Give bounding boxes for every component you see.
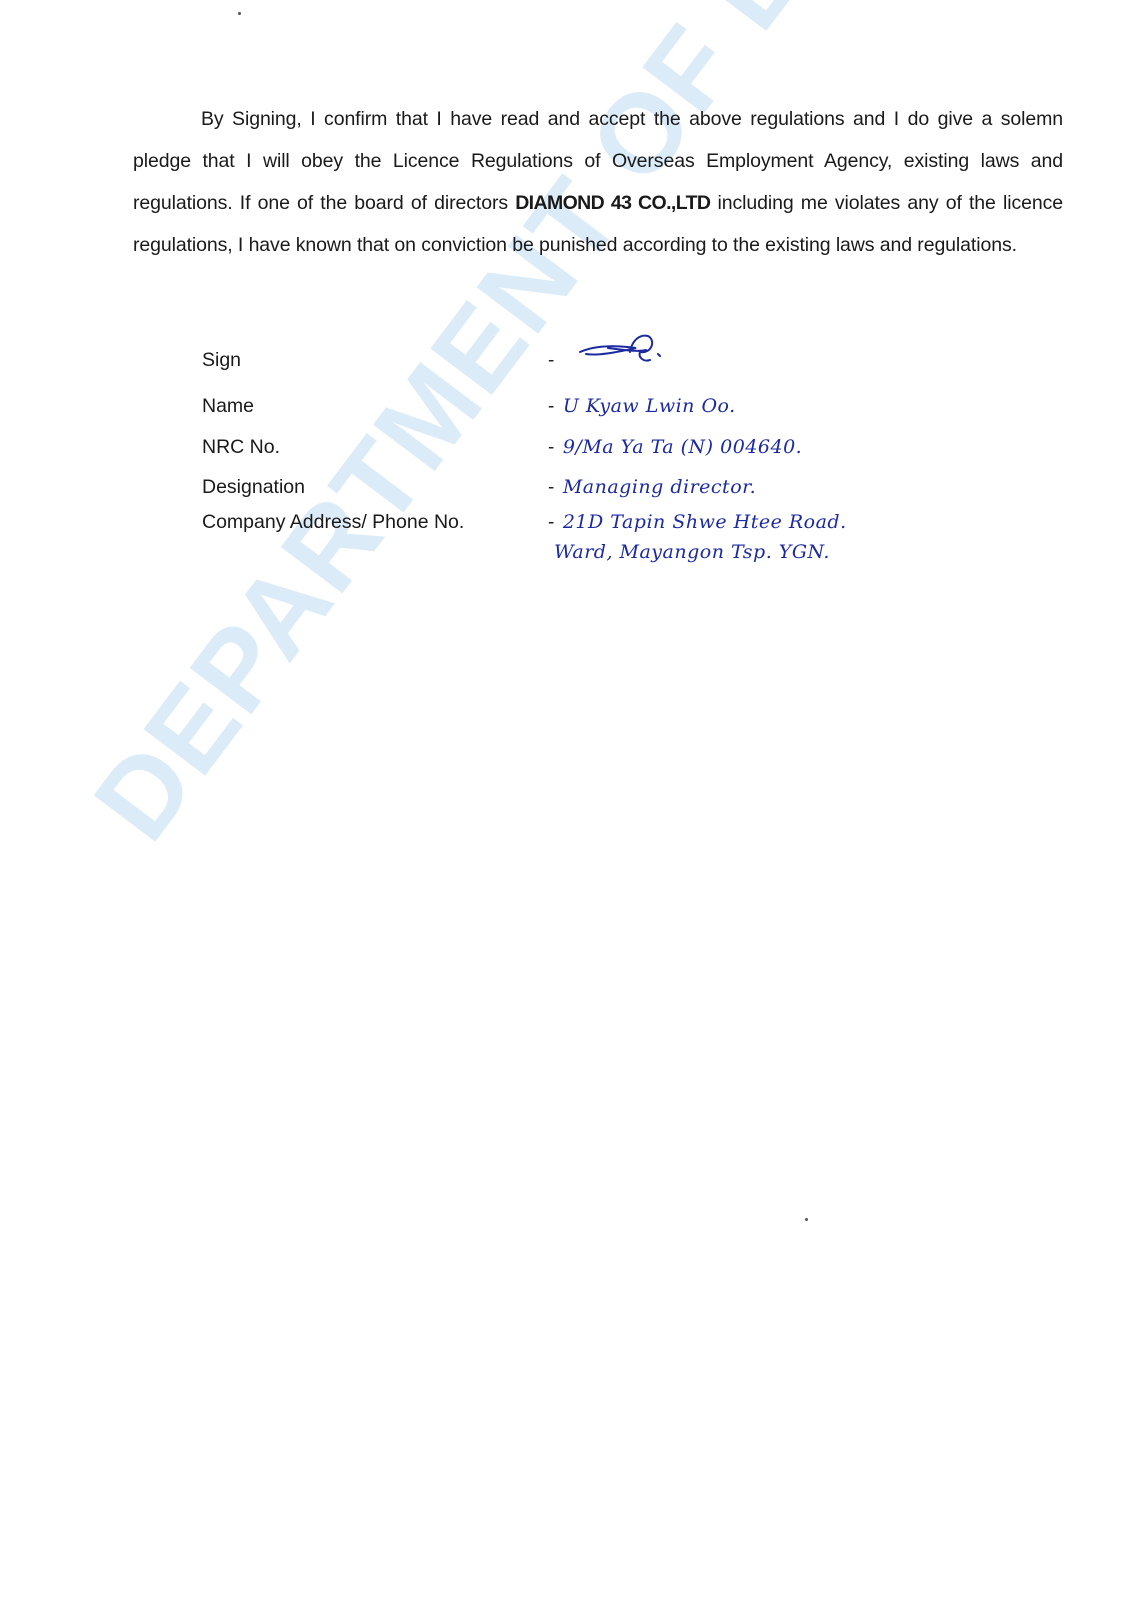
scan-speck xyxy=(238,12,241,15)
declaration-paragraph: By Signing, I confirm that I have read a… xyxy=(133,98,1063,266)
nrc-value: -9/Ma Ya Ta (N) 004640. xyxy=(548,436,802,459)
name-value: -U Kyaw Lwin Oo. xyxy=(548,395,736,418)
nrc-label: NRC No. xyxy=(202,436,280,459)
address-value-line1: -21D Tapin Shwe Htee Road. xyxy=(548,511,847,534)
designation-value: -Managing director. xyxy=(548,476,756,499)
name-label: Name xyxy=(202,395,254,418)
sign-label: Sign xyxy=(202,349,241,372)
scan-speck xyxy=(805,1218,808,1221)
address-label: Company Address/ Phone No. xyxy=(202,511,464,534)
designation-label: Designation xyxy=(202,476,305,499)
address-value-line2: Ward, Mayangon Tsp. YGN. xyxy=(554,541,830,563)
company-name: DIAMOND 43 CO.,LTD xyxy=(515,192,710,214)
sign-dash: - xyxy=(548,349,563,372)
signature-icon xyxy=(578,330,668,370)
